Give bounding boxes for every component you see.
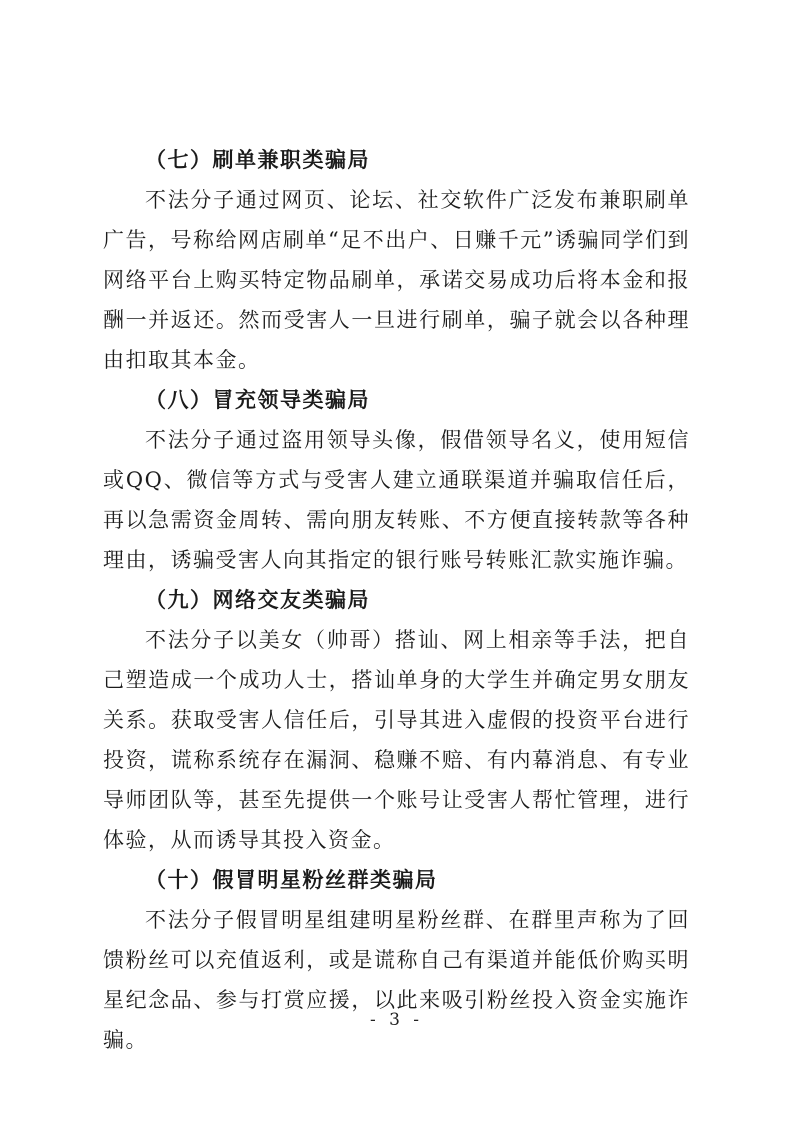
section-paragraph: 不法分子通过网页、论坛、社交软件广泛发布兼职刷单广告，号称给网店刷单“足不出户、… (103, 180, 690, 380)
section-heading: （七）刷单兼职类骗局 (103, 140, 690, 180)
section-heading: （十）假冒明星粉丝群类骗局 (103, 860, 690, 900)
section-paragraph: 不法分子以美女（帅哥）搭讪、网上相亲等手法，把自己塑造成一个成功人士，搭讪单身的… (103, 620, 690, 860)
section-fraud-type-9: （九）网络交友类骗局 不法分子以美女（帅哥）搭讪、网上相亲等手法，把自己塑造成一… (103, 580, 690, 860)
section-fraud-type-10: （十）假冒明星粉丝群类骗局 不法分子假冒明星组建明星粉丝群、在群里声称为了回馈粉… (103, 860, 690, 1060)
document-body: （七）刷单兼职类骗局 不法分子通过网页、论坛、社交软件广泛发布兼职刷单广告，号称… (103, 140, 690, 1060)
page-number: - 3 - (0, 1010, 793, 1030)
document-page: （七）刷单兼职类骗局 不法分子通过网页、论坛、社交软件广泛发布兼职刷单广告，号称… (0, 0, 793, 1122)
section-heading: （八）冒充领导类骗局 (103, 380, 690, 420)
section-paragraph: 不法分子假冒明星组建明星粉丝群、在群里声称为了回馈粉丝可以充值返利，或是谎称自己… (103, 900, 690, 1060)
section-fraud-type-8: （八）冒充领导类骗局 不法分子通过盗用领导头像，假借领导名义，使用短信或QQ、微… (103, 380, 690, 580)
section-paragraph: 不法分子通过盗用领导头像，假借领导名义，使用短信或QQ、微信等方式与受害人建立通… (103, 420, 690, 580)
section-heading: （九）网络交友类骗局 (103, 580, 690, 620)
section-fraud-type-7: （七）刷单兼职类骗局 不法分子通过网页、论坛、社交软件广泛发布兼职刷单广告，号称… (103, 140, 690, 380)
